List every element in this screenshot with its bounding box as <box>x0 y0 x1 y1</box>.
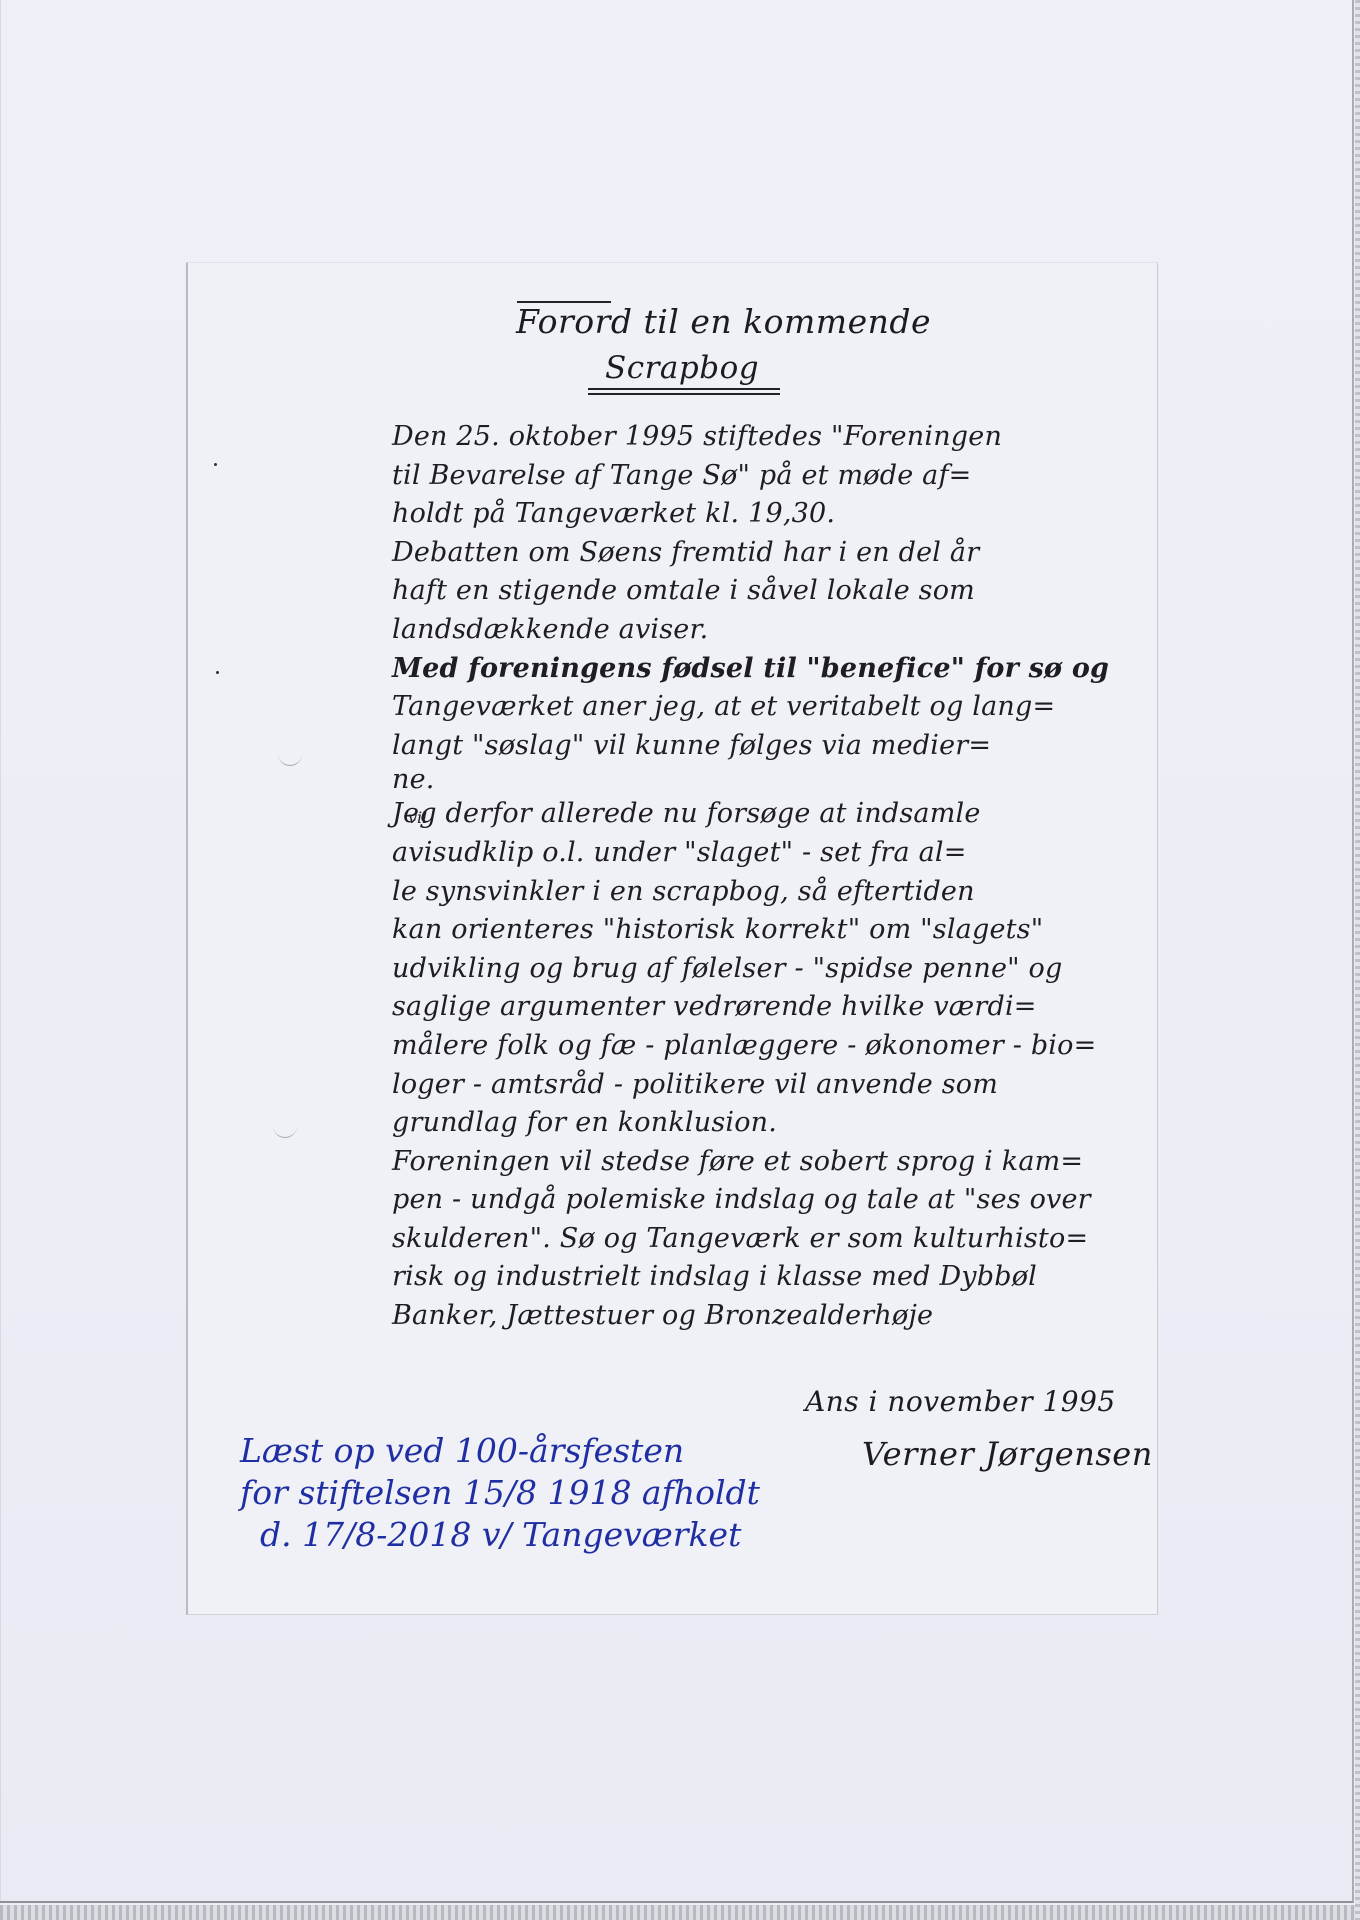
subtitle-double-underline <box>588 388 780 390</box>
body-line: Den 25. oktober 1995 stiftedes "Forening… <box>392 418 1092 457</box>
signature-name: Verner Jørgensen <box>862 1435 1153 1473</box>
perforated-edge-right <box>1355 0 1360 1920</box>
body-line: le synsvinkler i en scrapbog, så efterti… <box>392 873 1092 912</box>
body-line: Jeg derfor allerede nu forsøge at indsam… <box>392 795 1092 834</box>
body-line: risk og industrielt indslag i klasse med… <box>392 1258 1092 1297</box>
binder-punch-mark <box>278 753 302 766</box>
body-line: landsdækkende aviser. <box>392 611 1092 650</box>
signature-place-date: Ans i november 1995 <box>805 1385 1116 1418</box>
body-line: loger - amtsråd - politikere vil anvende… <box>392 1066 1092 1105</box>
annotation-line: d. 17/8-2018 v/ Tangeværket <box>240 1514 760 1556</box>
dust-speck <box>216 671 219 674</box>
body-line: skulderen". Sø og Tangeværk er som kultu… <box>392 1220 1092 1259</box>
body-line: holdt på Tangeværket kl. 19,30. <box>392 495 1092 534</box>
handwritten-insertion: vil <box>408 808 427 827</box>
letter-subtitle: Scrapbog <box>605 350 759 386</box>
body-line: Debatten om Søens fremtid har i en del å… <box>392 534 1092 573</box>
body-line: kan orienteres "historisk korrekt" om "s… <box>392 911 1092 950</box>
letter-body: Den 25. oktober 1995 stiftedes "Forening… <box>392 418 1092 1336</box>
body-line: ne. <box>392 765 1092 795</box>
blue-ink-annotation: Læst op ved 100-årsfesten for stiftelsen… <box>240 1430 760 1556</box>
body-line: haft en stigende omtale i såvel lokale s… <box>392 572 1092 611</box>
letter-title: Forord til en kommende <box>516 302 931 341</box>
body-line: Foreningen vil stedse føre et sobert spr… <box>392 1143 1092 1182</box>
body-line: udvikling og brug af følelser - "spidse … <box>392 950 1092 989</box>
body-line: avisudklip o.l. under "slaget" - set fra… <box>392 834 1092 873</box>
annotation-line: for stiftelsen 15/8 1918 afholdt <box>240 1472 760 1514</box>
body-line: Tangeværket aner jeg, at et veritabelt o… <box>392 688 1092 727</box>
body-line: langt "søslag" vil kunne følges via medi… <box>392 727 1092 766</box>
body-line: til Bevarelse af Tange Sø" på et møde af… <box>392 457 1092 496</box>
body-line: Med foreningens fødsel til "benefice" fo… <box>392 650 1092 689</box>
binder-punch-mark <box>273 1125 297 1138</box>
annotation-line: Læst op ved 100-årsfesten <box>240 1430 760 1472</box>
body-line: grundlag for en konklusion. <box>392 1104 1092 1143</box>
dust-speck <box>214 463 217 466</box>
body-line: pen - undgå polemiske indslag og tale at… <box>392 1181 1092 1220</box>
body-line: Banker, Jættestuer og Bronzealderhøje <box>392 1297 1092 1336</box>
perforated-edge-bottom <box>0 1905 1360 1920</box>
body-line: målere folk og fæ - planlæggere - økonom… <box>392 1027 1092 1066</box>
body-line: saglige argumenter vedrørende hvilke vær… <box>392 988 1092 1027</box>
